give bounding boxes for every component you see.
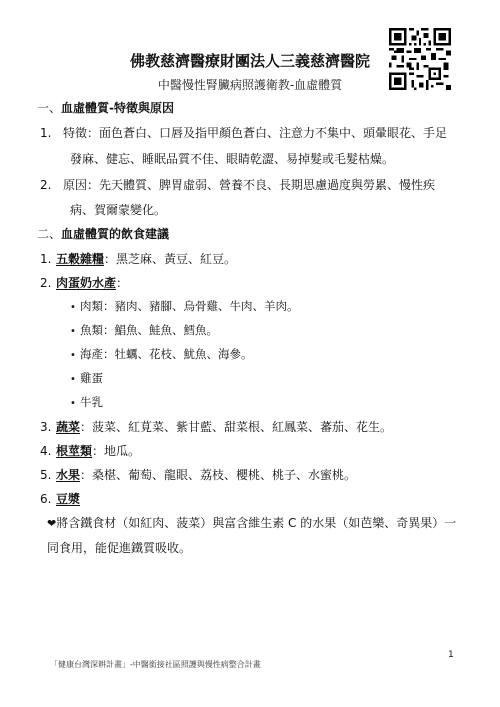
item-label: 五穀雜糧 <box>56 252 104 266</box>
list-item: 5.水果：桑椹、葡萄、龍眼、荔枝、櫻桃、桃子、水蜜桃。 <box>40 466 356 483</box>
item-text: 原因：先天體質、脾胃虛弱、營養不良、長期思慮過度與勞累、慢性疾 <box>63 178 435 192</box>
item-number: 6. <box>40 492 56 506</box>
item-label: 豆漿 <box>56 492 80 506</box>
bullet-icon: • <box>70 350 80 361</box>
tip-text-continued: 同食用，能促進鐵質吸收。 <box>47 539 191 556</box>
list-item: 1.特徵：面色蒼白、口唇及指甲顏色蒼白、注意力不集中、頭暈眼花、手足 <box>40 124 447 141</box>
item-text-continued: 發麻、健忘、睡眠品質不佳、眼睛乾澀、易掉髮或毛髮枯燥。 <box>70 150 394 167</box>
bullet-text: 雞蛋 <box>80 371 103 385</box>
section-prefix: 一、 <box>37 101 61 115</box>
bullet-icon: • <box>70 326 80 337</box>
item-number: 1. <box>40 252 56 266</box>
item-text: ： <box>116 276 128 290</box>
tip-text: 將含鐵食材（如紅肉、菠菜）與富含維生素 C 的水果（如芭樂、奇異果）一 <box>56 516 456 530</box>
list-item: 4.根莖類：地瓜。 <box>40 442 140 459</box>
item-label: 水果 <box>56 468 80 482</box>
item-number: 2. <box>40 276 56 290</box>
bullet-item: •肉類：豬肉、豬腳、烏骨雞、牛肉、羊肉。 <box>70 298 299 314</box>
qr-code-icon <box>389 28 451 90</box>
section-heading-diet: 二、血虛體質的飲食建議 <box>37 225 169 242</box>
list-item: 3.蔬菜：菠菜、紅莧菜、紫甘藍、甜菜根、紅鳳菜、蕃茄、花生。 <box>40 418 392 435</box>
list-item: 6.豆漿 <box>40 490 80 507</box>
section-title: 血虛體質-特徵與原因 <box>61 101 174 115</box>
section-title: 血虛體質的飲食建議 <box>61 227 169 241</box>
bullet-icon: • <box>70 302 80 313</box>
item-text: 特徵：面色蒼白、口唇及指甲顏色蒼白、注意力不集中、頭暈眼花、手足 <box>63 126 447 140</box>
item-text: ：地瓜。 <box>92 444 140 458</box>
bullet-text: 魚類：鯧魚、鮭魚、鱈魚。 <box>80 323 218 337</box>
bullet-item: •牛乳 <box>70 394 103 410</box>
section-prefix: 二、 <box>37 227 61 241</box>
item-number: 5. <box>40 468 56 482</box>
item-text: ：黑芝麻、黃豆、紅豆。 <box>104 252 236 266</box>
list-item: 2.肉蛋奶水產： <box>40 274 128 291</box>
bullet-item: •魚類：鯧魚、鮭魚、鱈魚。 <box>70 322 218 338</box>
item-text: ：桑椹、葡萄、龍眼、荔枝、櫻桃、桃子、水蜜桃。 <box>80 468 356 482</box>
item-label: 肉蛋奶水產 <box>56 276 116 290</box>
bullet-text: 海產：牡蠣、花枝、魷魚、海參。 <box>80 347 253 361</box>
footer-text: 「健康台灣深耕計畫」-中醫銜接社區照護與慢性病整合計畫 <box>50 659 261 670</box>
page-number: 1 <box>448 650 454 660</box>
item-number: 4. <box>40 444 56 458</box>
item-number: 3. <box>40 420 56 434</box>
item-label: 根莖類 <box>56 444 92 458</box>
list-item: 2.原因：先天體質、脾胃虛弱、營養不良、長期思慮過度與勞累、慢性疾 <box>40 176 435 193</box>
item-text-continued: 病、賀爾蒙變化。 <box>70 201 166 218</box>
bullet-icon: • <box>70 398 80 409</box>
bullet-item: •海產：牡蠣、花枝、魷魚、海參。 <box>70 346 253 362</box>
list-item: 1.五穀雜糧：黑芝麻、黃豆、紅豆。 <box>40 250 236 267</box>
item-text: ：菠菜、紅莧菜、紫甘藍、甜菜根、紅鳳菜、蕃茄、花生。 <box>80 420 392 434</box>
bullet-icon: • <box>70 374 80 385</box>
bullet-text: 肉類：豬肉、豬腳、烏骨雞、牛肉、羊肉。 <box>80 299 299 313</box>
item-label: 蔬菜 <box>56 420 80 434</box>
bullet-text: 牛乳 <box>80 395 103 409</box>
tip-paragraph: ❤將含鐵食材（如紅肉、菠菜）與富含維生素 C 的水果（如芭樂、奇異果）一 <box>47 514 456 531</box>
bullet-item: •雞蛋 <box>70 370 103 386</box>
section-heading-causes: 一、血虛體質-特徵與原因 <box>37 99 174 116</box>
item-number: 2. <box>40 178 63 192</box>
heart-icon: ❤ <box>47 517 56 530</box>
item-number: 1. <box>40 126 63 140</box>
